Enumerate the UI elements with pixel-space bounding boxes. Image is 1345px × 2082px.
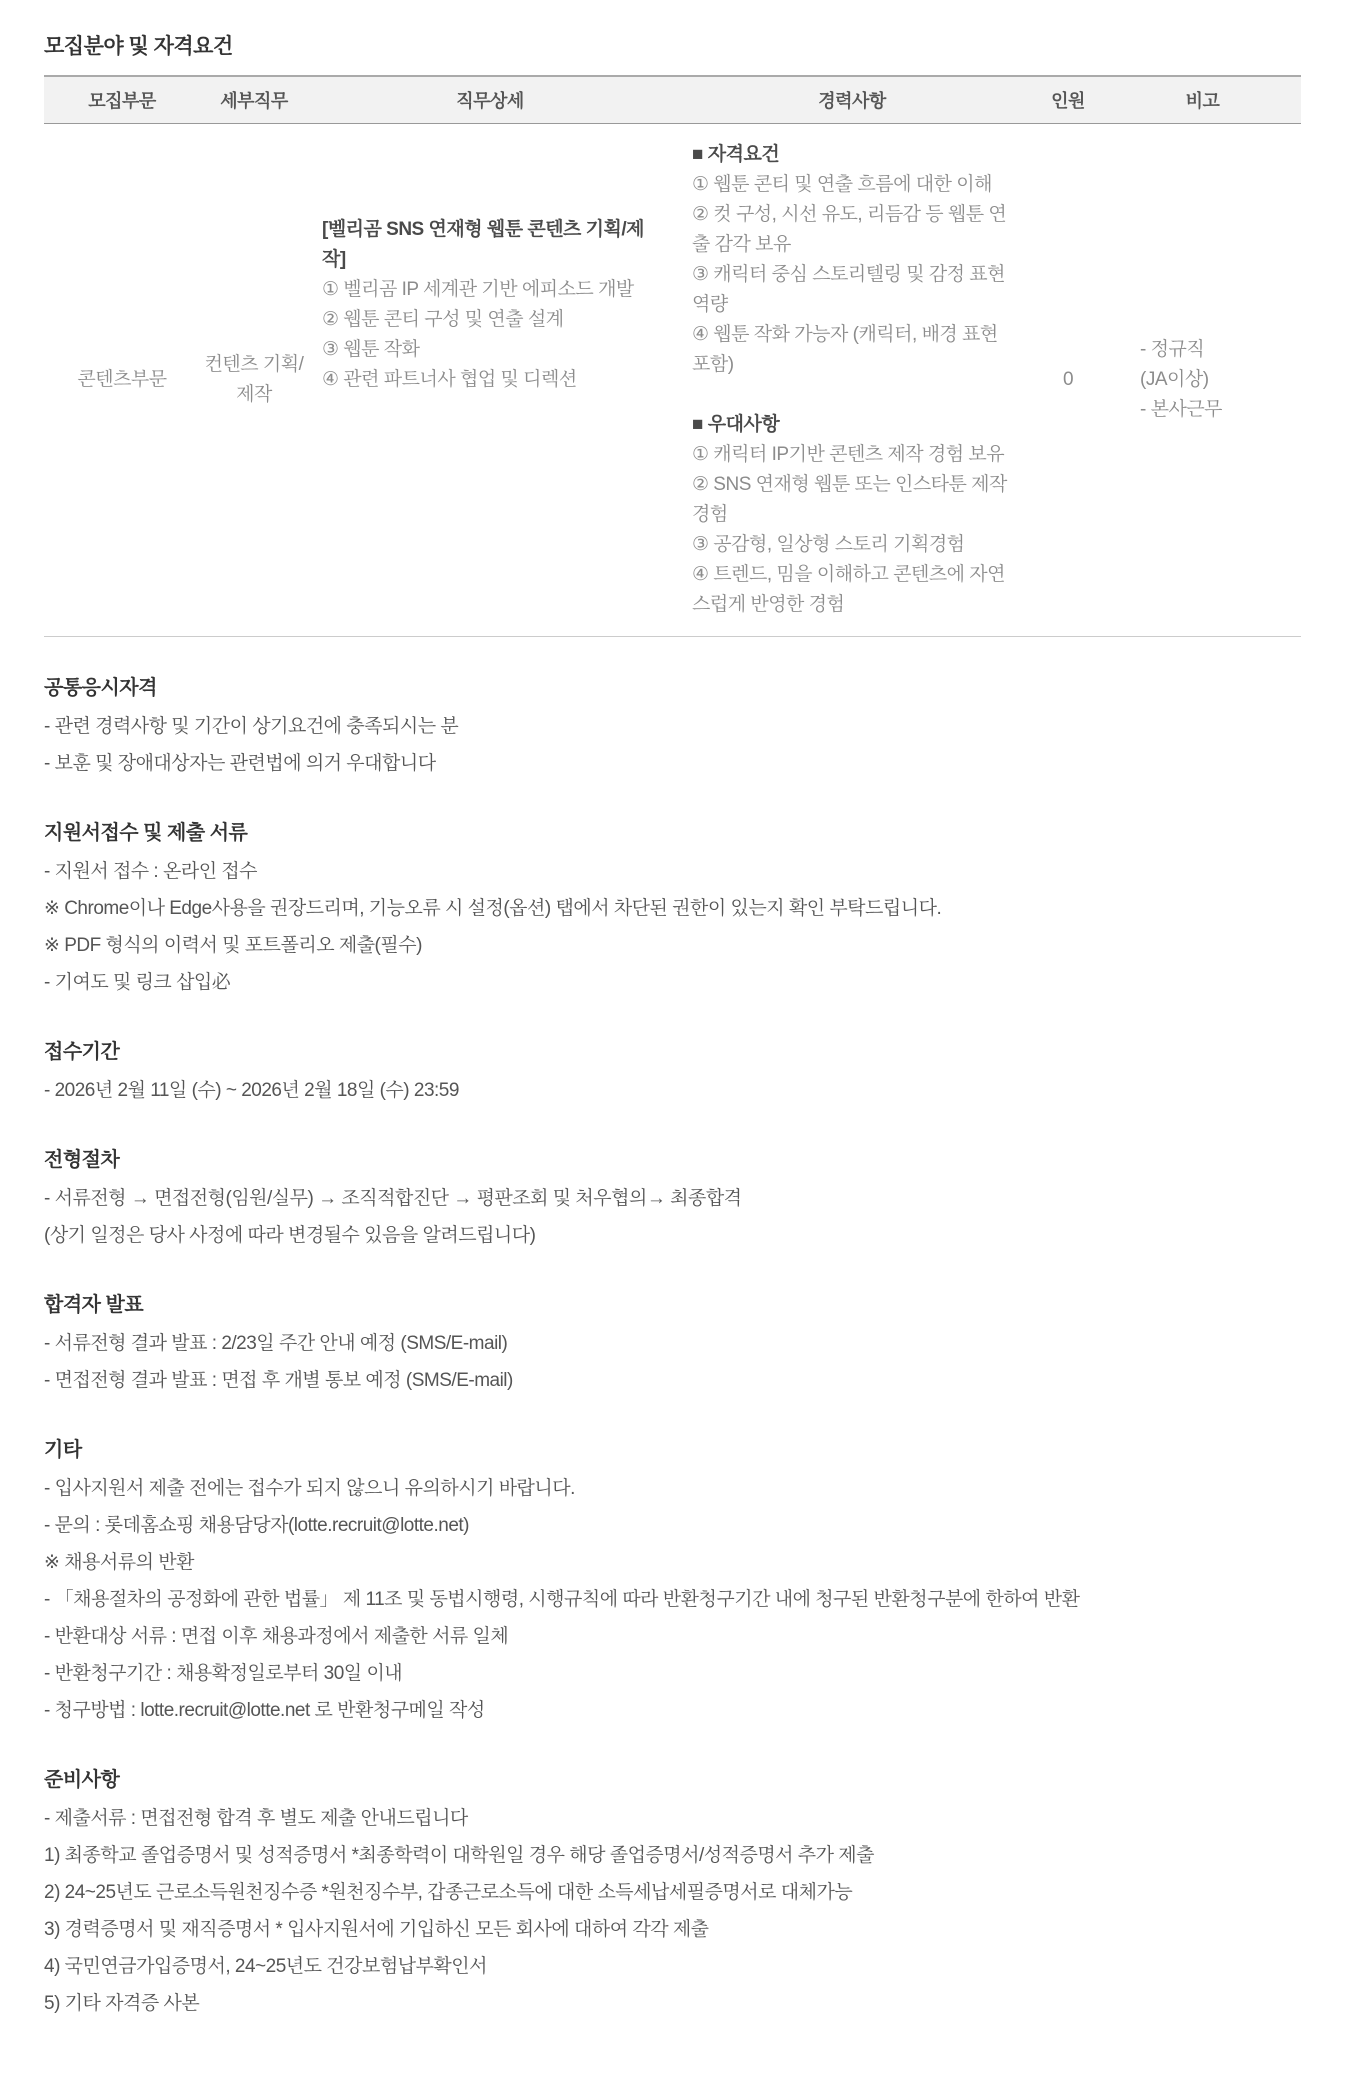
col-header-job: 세부직무 bbox=[200, 76, 308, 124]
section-heading: 합격자 발표 bbox=[44, 1288, 1301, 1317]
text-line: ② 웹툰 콘티 구성 및 연출 설계 bbox=[322, 305, 667, 335]
section-heading: 접수기간 bbox=[44, 1035, 1301, 1064]
text-line: ④ 웹툰 작화 가능자 (캐릭터, 배경 표현 포함) bbox=[692, 320, 1014, 380]
text-line: - 정규직 bbox=[1140, 335, 1301, 365]
page-title: 모집분야 및 자격요건 bbox=[44, 30, 1301, 60]
text-line: - 서류전형 결과 발표 : 2/23일 주간 안내 예정 (SMS/E-mai… bbox=[44, 1325, 1301, 1362]
text-line: 5) 기타 자격증 사본 bbox=[44, 1985, 1301, 2022]
col-header-career: 경력사항 bbox=[672, 76, 1032, 124]
cell-headcount: 0 bbox=[1032, 124, 1104, 637]
preferences-title: ■ 우대사항 bbox=[692, 410, 1014, 440]
text-line: - 관련 경력사항 및 기간이 상기요건에 충족되시는 분 bbox=[44, 708, 1301, 745]
section-etc: 기타 - 입사지원서 제출 전에는 접수가 되지 않으니 유의하시기 바랍니다.… bbox=[44, 1433, 1301, 1729]
col-header-headcount: 인원 bbox=[1032, 76, 1104, 124]
text-line: - 보훈 및 장애대상자는 관련법에 의거 우대합니다 bbox=[44, 745, 1301, 782]
text-line: - 기여도 및 링크 삽입必 bbox=[44, 964, 1301, 1001]
cell-career: ■ 자격요건 ① 웹툰 콘티 및 연출 흐름에 대한 이해 ② 컷 구성, 시선… bbox=[672, 124, 1032, 637]
text-line: - 제출서류 : 면접전형 합격 후 별도 제출 안내드립니다 bbox=[44, 1800, 1301, 1837]
text-line: ④ 트렌드, 밈을 이해하고 콘텐츠에 자연스럽게 반영한 경험 bbox=[692, 560, 1014, 620]
text-line: ※ 채용서류의 반환 bbox=[44, 1544, 1301, 1581]
text-line: - 면접전형 결과 발표 : 면접 후 개별 통보 예정 (SMS/E-mail… bbox=[44, 1362, 1301, 1399]
section-application-submission: 지원서접수 및 제출 서류 - 지원서 접수 : 온라인 접수 ※ Chrome… bbox=[44, 816, 1301, 1001]
text-line: - 반환청구기간 : 채용확정일로부터 30일 이내 bbox=[44, 1655, 1301, 1692]
job-posting-document: 모집분야 및 자격요건 모집부문 세부직무 직무상세 경력사항 인원 비고 콘텐… bbox=[0, 0, 1345, 2082]
cell-note: - 정규직 (JA이상) - 본사근무 bbox=[1104, 124, 1301, 637]
section-heading: 준비사항 bbox=[44, 1763, 1301, 1792]
text-line: (상기 일정은 당사 사정에 따라 변경될수 있음을 알려드립니다) bbox=[44, 1217, 1301, 1254]
text-line: - 2026년 2월 11일 (수) ~ 2026년 2월 18일 (수) 23… bbox=[44, 1072, 1301, 1109]
text-line: - 「채용절차의 공정화에 관한 법률」 제 11조 및 동법시행령, 시행규칙… bbox=[44, 1581, 1301, 1618]
qualifications-title: ■ 자격요건 bbox=[692, 140, 1014, 170]
section-selection-process: 전형절차 - 서류전형 → 면접전형(임원/실무) → 조직적합진단 → 평판조… bbox=[44, 1143, 1301, 1254]
text-line: - 입사지원서 제출 전에는 접수가 되지 않으니 유의하시기 바랍니다. bbox=[44, 1470, 1301, 1507]
section-heading: 기타 bbox=[44, 1433, 1301, 1462]
text-line: - 문의 : 롯데홈쇼핑 채용담당자(lotte.recruit@lotte.n… bbox=[44, 1507, 1301, 1544]
cell-job: 컨텐츠 기획/ 제작 bbox=[200, 124, 308, 637]
section-heading: 지원서접수 및 제출 서류 bbox=[44, 816, 1301, 845]
text-line: ② 컷 구성, 시선 유도, 리듬감 등 웹툰 연출 감각 보유 bbox=[692, 200, 1014, 260]
sections-container: 공통응시자격 - 관련 경력사항 및 기간이 상기요건에 충족되시는 분 - 보… bbox=[44, 671, 1301, 2022]
section-heading: 공통응시자격 bbox=[44, 671, 1301, 700]
col-header-note: 비고 bbox=[1104, 76, 1301, 124]
text-line: ① 웹툰 콘티 및 연출 흐름에 대한 이해 bbox=[692, 170, 1014, 200]
text-line: ※ PDF 형식의 이력서 및 포트폴리오 제출(필수) bbox=[44, 927, 1301, 964]
text-line: - 청구방법 : lotte.recruit@lotte.net 로 반환청구메… bbox=[44, 1692, 1301, 1729]
text-line: ※ Chrome이나 Edge사용을 권장드리며, 기능오류 시 설정(옵션) … bbox=[44, 890, 1301, 927]
text-line: ③ 웹툰 작화 bbox=[322, 335, 667, 365]
text-line: - 반환대상 서류 : 면접 이후 채용과정에서 제출한 서류 일체 bbox=[44, 1618, 1301, 1655]
text-line: - 지원서 접수 : 온라인 접수 bbox=[44, 853, 1301, 890]
text-line: 컨텐츠 기획/ bbox=[200, 350, 308, 380]
section-preparation: 준비사항 - 제출서류 : 면접전형 합격 후 별도 제출 안내드립니다 1) … bbox=[44, 1763, 1301, 2022]
text-line: ③ 공감형, 일상형 스토리 기획경험 bbox=[692, 530, 1014, 560]
text-line: (JA이상) bbox=[1140, 365, 1301, 395]
section-common-eligibility: 공통응시자격 - 관련 경력사항 및 기간이 상기요건에 충족되시는 분 - 보… bbox=[44, 671, 1301, 782]
text-line: 2) 24~25년도 근로소득원천징수증 *원천징수부, 갑종근로소득에 대한 … bbox=[44, 1874, 1301, 1911]
col-header-division: 모집부문 bbox=[44, 76, 200, 124]
cell-job-detail: [벨리곰 SNS 연재형 웹툰 콘텐츠 기획/제작] ① 벨리곰 IP 세계관 … bbox=[308, 124, 672, 637]
text-line: ④ 관련 파트너사 협업 및 디렉션 bbox=[322, 365, 667, 395]
text-line: ① 벨리곰 IP 세계관 기반 에피소드 개발 bbox=[322, 275, 667, 305]
text-line: 제작 bbox=[200, 380, 308, 410]
cell-division: 콘텐츠부문 bbox=[44, 124, 200, 637]
table-row: 콘텐츠부문 컨텐츠 기획/ 제작 [벨리곰 SNS 연재형 웹툰 콘텐츠 기획/… bbox=[44, 124, 1301, 637]
text-line: ① 캐릭터 IP기반 콘텐츠 제작 경험 보유 bbox=[692, 440, 1014, 470]
section-results-announcement: 합격자 발표 - 서류전형 결과 발표 : 2/23일 주간 안내 예정 (SM… bbox=[44, 1288, 1301, 1399]
text-line: 4) 국민연금가입증명서, 24~25년도 건강보험납부확인서 bbox=[44, 1948, 1301, 1985]
col-header-job-detail: 직무상세 bbox=[308, 76, 672, 124]
spacer bbox=[692, 380, 1014, 410]
text-line: - 서류전형 → 면접전형(임원/실무) → 조직적합진단 → 평판조회 및 처… bbox=[44, 1180, 1301, 1217]
recruitment-table: 모집부문 세부직무 직무상세 경력사항 인원 비고 콘텐츠부문 컨텐츠 기획/ … bbox=[44, 75, 1301, 637]
text-line: ③ 캐릭터 중심 스토리텔링 및 감정 표현 역량 bbox=[692, 260, 1014, 320]
section-heading: 전형절차 bbox=[44, 1143, 1301, 1172]
text-line: ② SNS 연재형 웹툰 또는 인스타툰 제작 경험 bbox=[692, 470, 1014, 530]
table-header-row: 모집부문 세부직무 직무상세 경력사항 인원 비고 bbox=[44, 76, 1301, 124]
text-line: - 본사근무 bbox=[1140, 395, 1301, 425]
section-application-period: 접수기간 - 2026년 2월 11일 (수) ~ 2026년 2월 18일 (… bbox=[44, 1035, 1301, 1109]
job-detail-title: [벨리곰 SNS 연재형 웹툰 콘텐츠 기획/제작] bbox=[322, 215, 667, 275]
text-line: 1) 최종학교 졸업증명서 및 성적증명서 *최종학력이 대학원일 경우 해당 … bbox=[44, 1837, 1301, 1874]
text-line: 3) 경력증명서 및 재직증명서 * 입사지원서에 기입하신 모든 회사에 대하… bbox=[44, 1911, 1301, 1948]
